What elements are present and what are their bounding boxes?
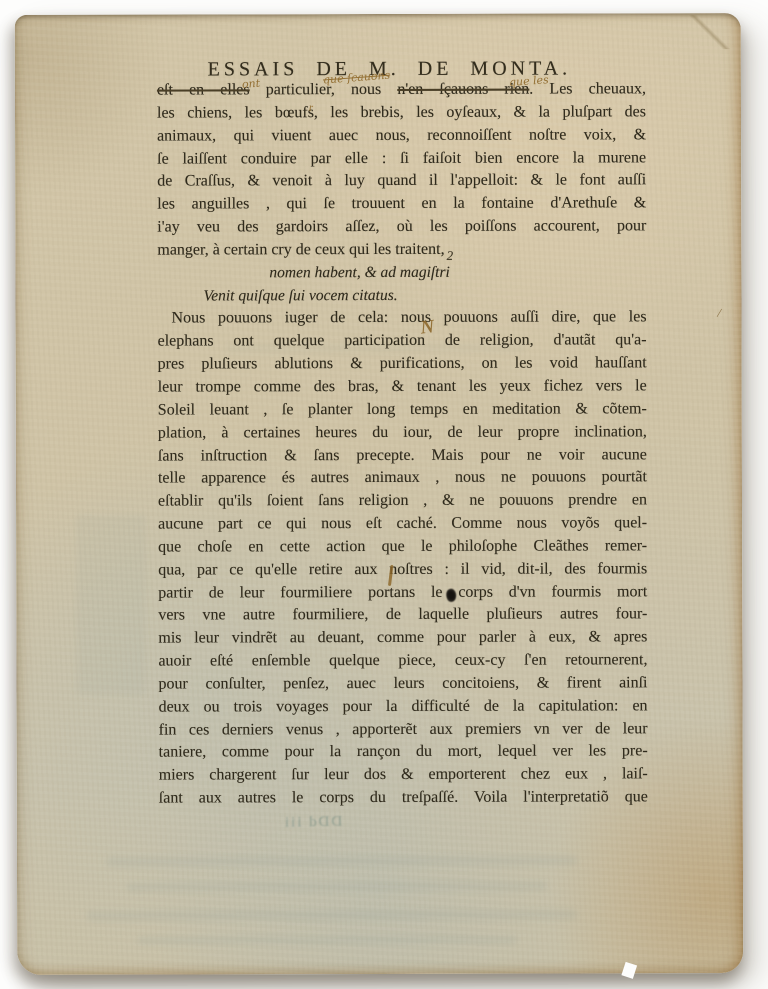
text-line: ſans inſtruction & ſans precepte. Mais p… bbox=[158, 444, 647, 468]
text-line: i'ay veu des gardoirs aſſez, où les poiſ… bbox=[157, 215, 646, 239]
printed-text: ſans inſtruction & ſans precepte. Mais p… bbox=[158, 446, 647, 464]
text-line: aucune part ce qui nous eſt caché. Comme… bbox=[158, 512, 647, 536]
margin-pen-mark: / bbox=[716, 305, 723, 321]
text-line: pres pluſieurs ablutions & purifications… bbox=[158, 352, 647, 376]
show-through-patch bbox=[107, 855, 577, 866]
struck-text: eſt en elles bbox=[157, 81, 250, 98]
text-line: pour conſulter, penſez, auec leurs conci… bbox=[158, 672, 647, 696]
book-page-scan: DDd iii ESSAIS DE M. DE MONTA. eſt en el… bbox=[15, 13, 744, 975]
printed-text: fin ces derniers venus , apporterẽt aux … bbox=[159, 720, 648, 738]
printed-text: leur trompe comme des bras, & tenant les… bbox=[158, 377, 647, 395]
show-through-patch bbox=[127, 882, 547, 892]
printed-text: qua, par ce qu'elle retire aux noſtres :… bbox=[158, 560, 647, 578]
printed-text: Soleil leuant , ſe planter long temps en… bbox=[158, 400, 647, 418]
printed-text: eſtablir qu'ils ſoient ſans religion , &… bbox=[158, 491, 647, 509]
text-line: ſe laiſſent conduire par elle : ſi faiſo… bbox=[157, 147, 646, 171]
printed-text: animaux, qui viuent auec nous, reconnoiſ… bbox=[157, 126, 646, 144]
printed-text: plation, à certaines heures du iour, de … bbox=[158, 423, 647, 441]
show-through-patch bbox=[76, 515, 146, 695]
printed-text: ſe laiſſent conduire par elle : ſi faiſo… bbox=[157, 149, 646, 167]
text-line: les chiens, les bœufs, les brebis, les o… bbox=[157, 101, 646, 125]
printed-text: vers vne autre fourmiliere, de laquelle … bbox=[158, 606, 647, 624]
text-line: manger, à certain cry de ceux qui les tr… bbox=[157, 238, 646, 262]
bottom-edge-notch bbox=[621, 962, 637, 979]
printed-text: telle apparence és autres animaux , nous… bbox=[158, 469, 647, 487]
printed-text: mis leur vindrẽt au deuant, comme pour p… bbox=[158, 629, 647, 647]
text-line: qua, par ce qu'elle retire aux noſtres :… bbox=[158, 558, 647, 582]
text-line: les anguilles , qui ſe trouuent en la fo… bbox=[157, 193, 646, 217]
body-text-block: eſt en elles particulier, nous n'en ſçau… bbox=[157, 78, 648, 810]
printed-text: pour conſulter, penſez, auec leurs conci… bbox=[158, 674, 647, 692]
text-line: que choſe en cette action que le philoſo… bbox=[158, 535, 647, 559]
show-through-signature: DDd iii bbox=[283, 814, 343, 832]
printed-text: i'ay veu des gardoirs aſſez, où les poiſ… bbox=[157, 217, 646, 235]
text-line: fin ces derniers venus , apporterẽt aux … bbox=[159, 718, 648, 742]
printed-text: que choſe en cette action que le philoſo… bbox=[158, 537, 647, 555]
text-line: telle apparence és autres animaux , nous… bbox=[158, 467, 647, 491]
text-line: Soleil leuant , ſe planter long temps en… bbox=[158, 398, 647, 422]
text-line: leur trompe comme des bras, & tenant les… bbox=[158, 375, 647, 399]
text-line: miers chargerent ſur leur dos & emporter… bbox=[159, 764, 648, 788]
text-line: ſant aux autres le corps du treſpaſſé. V… bbox=[159, 786, 648, 810]
printed-text: nomen habent, & ad magiſtri bbox=[269, 264, 449, 281]
printed-text: elephans ont quelque participation de re… bbox=[158, 332, 647, 350]
handwritten-correction: ont bbox=[242, 78, 261, 90]
handwritten-correction: que les bbox=[509, 74, 550, 88]
printed-text: ſant aux autres le corps du treſpaſſé. V… bbox=[159, 788, 648, 806]
text-line: elephans ont quelque participation de re… bbox=[158, 330, 647, 354]
handwritten-numeral: 2 bbox=[445, 248, 454, 263]
printed-text: taniere, comme pour la rançon du mort, l… bbox=[159, 743, 648, 761]
printed-text: les chiens, les bœufs, les brebis, les o… bbox=[157, 103, 646, 121]
printed-text: Venit quiſque ſui vocem citatus. bbox=[203, 287, 397, 305]
printed-text: partir de leur fourmiliere portans le co… bbox=[158, 583, 647, 601]
printed-text: auoir eſté enſemble quelque piece, ceux-… bbox=[158, 651, 647, 669]
handwritten-capital-n: N bbox=[419, 316, 435, 339]
text-line: partir de leur fourmiliere portans le co… bbox=[158, 581, 647, 605]
text-line: deux ou trois voyages pour la difficulté… bbox=[159, 695, 648, 719]
text-line: Venit quiſque ſui vocem citatus. bbox=[157, 284, 646, 308]
show-through-patch bbox=[87, 909, 577, 920]
text-line: taniere, comme pour la rançon du mort, l… bbox=[159, 741, 648, 765]
text-line: eſt en elles particulier, nous n'en ſçau… bbox=[157, 78, 646, 102]
printed-text: miers chargerent ſur leur dos & emporter… bbox=[159, 766, 648, 784]
printed-text: deux ou trois voyages pour la difficulté… bbox=[159, 697, 648, 715]
printed-text: pres pluſieurs ablutions & purifications… bbox=[158, 354, 647, 372]
text-line: auoir eſté enſemble quelque piece, ceux-… bbox=[158, 649, 647, 673]
text-line: nomen habent, & ad magiſtri bbox=[157, 261, 646, 285]
printed-text: manger, à certain cry de ceux qui les tr… bbox=[157, 241, 444, 259]
printed-text: les anguilles , qui ſe trouuent en la fo… bbox=[157, 195, 646, 213]
text-line: plation, à certaines heures du iour, de … bbox=[158, 421, 647, 445]
text-line: Nous pouuons iuger de cela: nous pouuons… bbox=[158, 307, 647, 331]
printed-text: de Craſſus, & venoit à luy quand il l'ap… bbox=[157, 172, 646, 190]
text-line: mis leur vindrẽt au deuant, comme pour p… bbox=[158, 627, 647, 651]
text-line: eſtablir qu'ils ſoient ſans religion , &… bbox=[158, 489, 647, 513]
text-line: animaux, qui viuent auec nous, reconnoiſ… bbox=[157, 124, 646, 148]
printed-text: Nous pouuons iuger de cela: nous pouuons… bbox=[172, 309, 647, 327]
corner-fold-crease bbox=[683, 15, 735, 49]
printed-text: aucune part ce qui nous eſt caché. Comme… bbox=[158, 514, 647, 532]
text-line: vers vne autre fourmiliere, de laquelle … bbox=[158, 604, 647, 628]
text-line: de Craſſus, & venoit à luy quand il l'ap… bbox=[157, 170, 646, 194]
show-through-patch bbox=[137, 936, 517, 945]
